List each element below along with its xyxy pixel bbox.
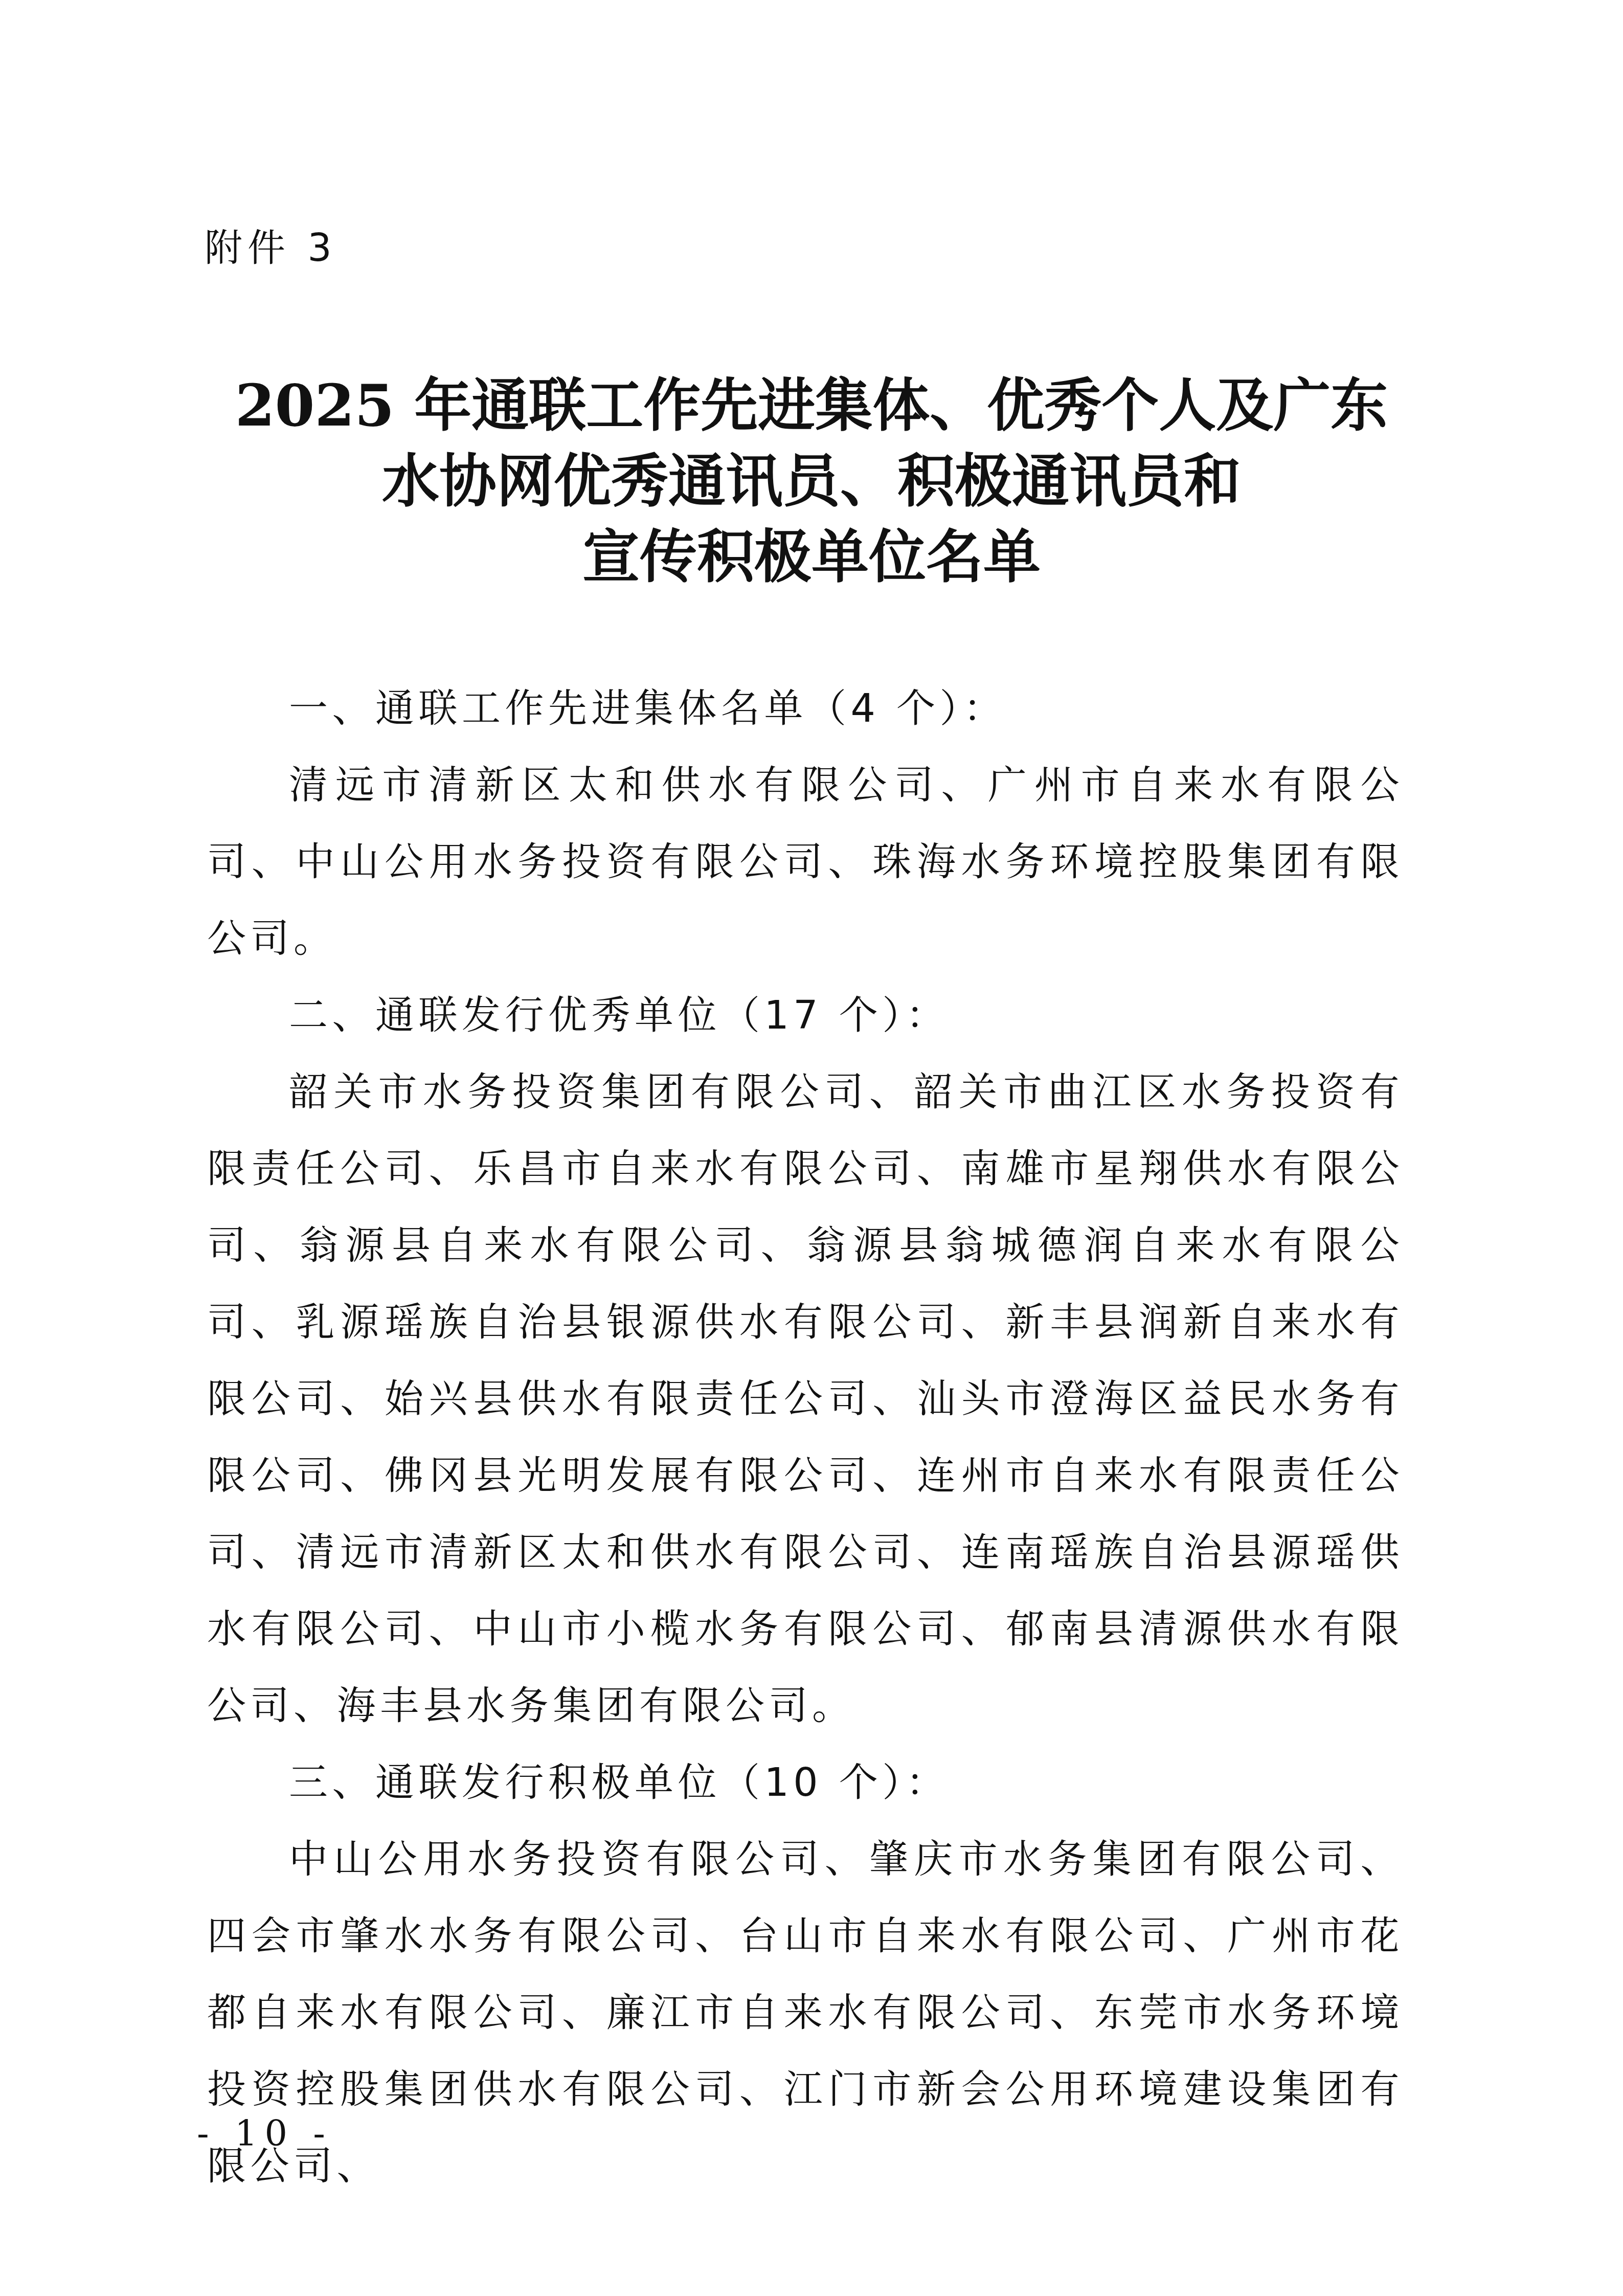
title-line-3: 宣传积极单位名单 <box>0 520 1623 595</box>
section-heading-active-units: 三、通联发行积极单位（10 个）： <box>207 1744 1404 1821</box>
section-body-active-units: 中山公用水务投资有限公司、肇庆市水务集团有限公司、四会市肇水水务有限公司、台山市… <box>207 1821 1404 2204</box>
section-body-advanced-collectives: 清远市清新区太和供水有限公司、广州市自来水有限公司、中山公用水务投资有限公司、珠… <box>207 747 1404 977</box>
section-heading-advanced-collectives: 一、通联工作先进集体名单（4 个）： <box>207 670 1404 747</box>
document-page: 附件 3 2025 年通联工作先进集体、优秀个人及广东 水协网优秀通讯员、积极通… <box>0 0 1623 2296</box>
title-line-2: 水协网优秀通讯员、积极通讯员和 <box>0 444 1623 520</box>
document-title: 2025 年通联工作先进集体、优秀个人及广东 水协网优秀通讯员、积极通讯员和 宣… <box>0 368 1623 595</box>
attachment-label: 附件 3 <box>205 220 337 276</box>
section-heading-excellent-units: 二、通联发行优秀单位（17 个）： <box>207 977 1404 1054</box>
section-body-excellent-units: 韶关市水务投资集团有限公司、韶关市曲江区水务投资有限责任公司、乐昌市自来水有限公… <box>207 1054 1404 1744</box>
page-number: - 10 - <box>197 2112 332 2154</box>
document-body: 一、通联工作先进集体名单（4 个）： 清远市清新区太和供水有限公司、广州市自来水… <box>207 670 1404 2204</box>
title-line-1: 2025 年通联工作先进集体、优秀个人及广东 <box>0 368 1623 444</box>
